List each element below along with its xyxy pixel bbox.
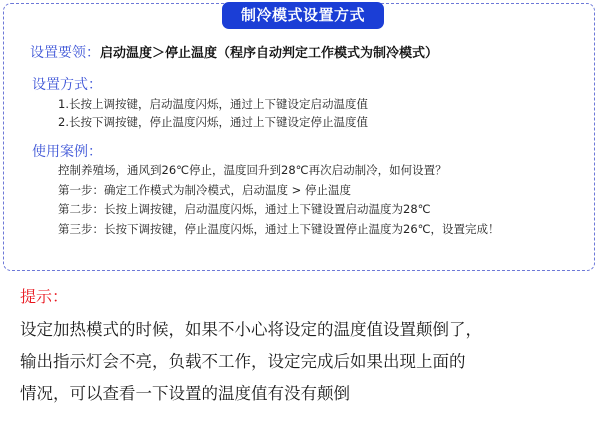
essentials-label: 设置要领： — [30, 45, 100, 61]
method-step-1: 1.长按上调按键，启动温度闪烁，通过上下键设定启动温度值 — [58, 96, 368, 113]
tip-label: 提示： — [20, 286, 68, 308]
example-line-step-1: 第一步：确定工作模式为制冷模式，启动温度 > 停止温度 — [58, 182, 351, 199]
panel-title: 制冷模式设置方式 — [222, 2, 384, 29]
example-line-step-2: 第二步：长按上调按键，启动温度闪烁，通过上下键设置启动温度为28℃ — [58, 201, 431, 218]
tip-line-2: 输出指示灯会不亮，负载不工作，设定完成后如果出现上面的 — [20, 350, 466, 374]
example-line-step-3: 第三步：长按下调按键，停止温度闪烁，通过上下键设置停止温度为26℃，设置完成！ — [58, 221, 500, 238]
essentials-text: 启动温度＞停止温度（程序自动判定工作模式为制冷模式） — [100, 46, 438, 61]
tip-line-3: 情况，可以查看一下设置的温度值有没有颠倒 — [20, 382, 350, 406]
method-step-2: 2.长按下调按键，停止温度闪烁，通过上下键设定停止温度值 — [58, 114, 368, 131]
setting-essentials: 设置要领：启动温度＞停止温度（程序自动判定工作模式为制冷模式） — [30, 43, 438, 64]
example-heading: 使用案例： — [32, 143, 102, 161]
tip-line-1: 设定加热模式的时候，如果不小心将设定的温度值设置颠倒了， — [20, 318, 482, 342]
example-line-scenario: 控制养殖场，通风到26℃停止，温度回升到28℃再次启动制冷，如何设置？ — [58, 162, 447, 179]
method-heading: 设置方式： — [32, 76, 102, 94]
